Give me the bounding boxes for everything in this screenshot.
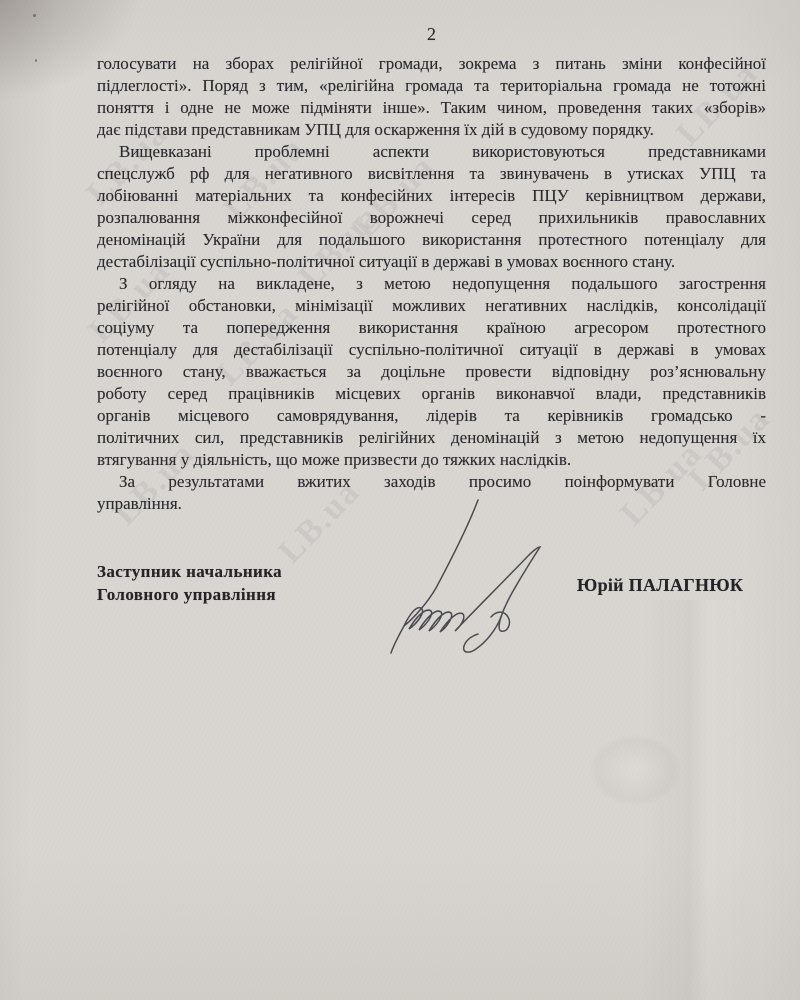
- text-line: політичних сил, представників релігійних…: [97, 427, 766, 449]
- signer-name: Юрій ПАЛАГНЮК: [577, 575, 743, 596]
- text-line: розпалювання міжконфесійної ворожнечі се…: [97, 207, 766, 229]
- text-line: дає підстави представникам УПЦ для оскар…: [97, 119, 766, 141]
- text-line: Вищевказані проблемні аспекти використов…: [97, 141, 766, 163]
- text-line: соціуму та попередження використання кра…: [97, 317, 766, 339]
- handwritten-signature-icon: [352, 490, 562, 665]
- text-line: підлеглості». Поряд з тим, «релігійна гр…: [97, 75, 766, 97]
- text-line: деномінацій України для подальшого викор…: [97, 229, 766, 251]
- paragraph: голосувати на зборах релігійної громади,…: [97, 53, 766, 141]
- text-line: голосувати на зборах релігійної громади,…: [97, 53, 766, 75]
- page-number: 2: [97, 24, 766, 45]
- text-line: релігійної обстановки, мінімізації можли…: [97, 295, 766, 317]
- paper-crease: [640, 600, 750, 1000]
- paper-speck: [35, 59, 37, 62]
- signer-position-line1: Заступник начальника: [97, 562, 282, 582]
- text-line: втягування у діяльність, що може призвес…: [97, 449, 766, 471]
- paper-speck: [33, 14, 36, 17]
- text-line: потенціалу для дестабілізації суспільно-…: [97, 339, 766, 361]
- scanned-document-page: LB.ua LB.ua LB.ua LB.ua LB.ua LB.ua LB.u…: [0, 0, 800, 1000]
- document-body: голосувати на зборах релігійної громади,…: [97, 53, 766, 515]
- text-line: спецслужб рф для негативного висвітлення…: [97, 163, 766, 185]
- text-line: роботу серед працівників місцевих органі…: [97, 383, 766, 405]
- signer-position-line2: Головного управління: [97, 585, 276, 605]
- text-line: поняття і одне не може підміняти інше». …: [97, 97, 766, 119]
- text-line: З огляду на викладене, з метою недопущен…: [97, 273, 766, 295]
- text-line: воєнного стану, вважається за доцільне п…: [97, 361, 766, 383]
- text-line: дестабілізації суспільно-політичної ситу…: [97, 251, 766, 273]
- text-line: лобіюванні матеріальних та конфесійних і…: [97, 185, 766, 207]
- paper-dimple: [590, 735, 680, 805]
- paragraph: Вищевказані проблемні аспекти використов…: [97, 141, 766, 273]
- text-line: органів місцевого самоврядування, лідері…: [97, 405, 766, 427]
- paragraph: З огляду на викладене, з метою недопущен…: [97, 273, 766, 471]
